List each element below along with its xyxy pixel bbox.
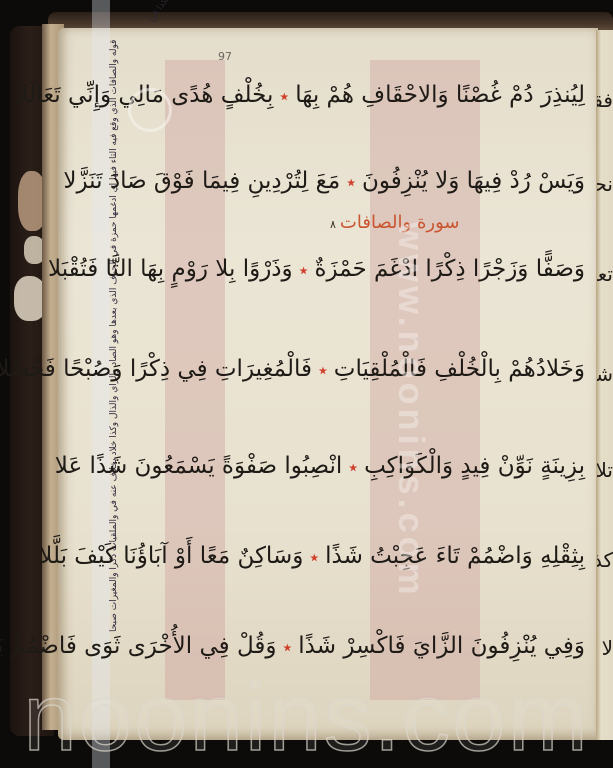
verse-line-7: وَفِي يُنْزِفُونَ الزَّايَ فَاكْسِرْ شَذ…	[0, 635, 585, 658]
verse-line-6: بِثِقْلِهِ وَاضْمُمْ تَاءَ عَجِبْتُ شَذً…	[39, 545, 585, 568]
verse-second-half: مَعَ لِتُرْدِينِ فِيمَا فَوْقَ صَادَ تَن…	[63, 168, 340, 194]
facing-page-fragment: كذا	[597, 548, 613, 572]
watermark-vertical: www.noonins.com	[392, 140, 432, 680]
verse-separator: ٭	[346, 172, 356, 193]
verse-first-half: وَخَلادُهُمْ بِالْخُلْفِ فَالْمُلْقِيَات…	[334, 356, 585, 382]
page-number: 97	[218, 50, 232, 63]
verse-separator: ٭	[309, 547, 319, 568]
verse-first-half: لِيُنذِرَ دُمْ غُصْنًا وَالاحْقَافِ هُمْ…	[295, 82, 585, 108]
facing-page-fragment: تعقد	[597, 262, 613, 286]
verse-first-half: بِثِقْلِهِ وَاضْمُمْ تَاءَ عَجِبْتُ شَذً…	[325, 543, 585, 569]
heading-mark: ٨	[330, 218, 336, 231]
verse-line-1: لِيُنذِرَ دُمْ غُصْنًا وَالاحْقَافِ هُمْ…	[15, 84, 585, 107]
facing-page-fragment: فقبلا	[597, 88, 613, 112]
verse-first-half: وَصَفًّا وَزَجْرًا ذِكْرًا ادْغَمَ حَمْز…	[314, 256, 585, 282]
facing-page-fragment: نحلا	[597, 172, 613, 196]
verse-line-3: وَصَفًّا وَزَجْرًا ذِكْرًا ادْغَمَ حَمْز…	[48, 258, 585, 281]
verse-second-half: فَالْمُغِيرَاتِ فِي ذِكْرًا وَصُبْحًا فَ…	[0, 356, 312, 382]
facing-page-fragment: شكلا	[597, 362, 613, 386]
watermark-text: noonins.com	[0, 670, 613, 766]
verse-separator: ٭	[282, 637, 292, 658]
verse-first-half: وَفِي يُنْزِفُونَ الزَّايَ فَاكْسِرْ شَذ…	[298, 633, 585, 659]
verse-second-half: وَذَرْوًا بِلا رَوْمٍ بِهَا التَّا فَتُق…	[48, 256, 293, 282]
facing-page-fragment: لا	[597, 636, 613, 660]
verse-line-5: بِزِينَةٍ نَوِّنْ فِيدٍ وَالْكَوَاكِبِ٭ا…	[55, 455, 585, 478]
facing-page-fragment: تلا	[597, 458, 613, 482]
verse-separator: ٭	[348, 457, 358, 478]
verse-second-half: وَسَاكِنٌ مَعًا أَوْ آبَاؤُنَا كَيْفَ بَ…	[39, 543, 303, 569]
verse-line-4: وَخَلادُهُمْ بِالْخُلْفِ فَالْمُلْقِيَات…	[0, 358, 585, 381]
verse-second-half: انْصِبُوا صَفْوَةً يَسْمَعُونَ شَذًا عَل…	[55, 453, 343, 479]
watermark-logo-icon	[128, 88, 172, 132]
verse-separator: ٭	[318, 360, 328, 381]
verse-separator: ٭	[299, 260, 309, 281]
verse-separator: ٭	[279, 86, 289, 107]
verse-line-2: وَيَسْ رُدْ فِيهَا وَلا يُنْزِفُونَ٭مَعَ…	[63, 170, 585, 193]
verse-second-half: وَقُلْ فِي الأُخْرَى ثَوَى فَاضْمُمْ يَز…	[0, 633, 276, 659]
